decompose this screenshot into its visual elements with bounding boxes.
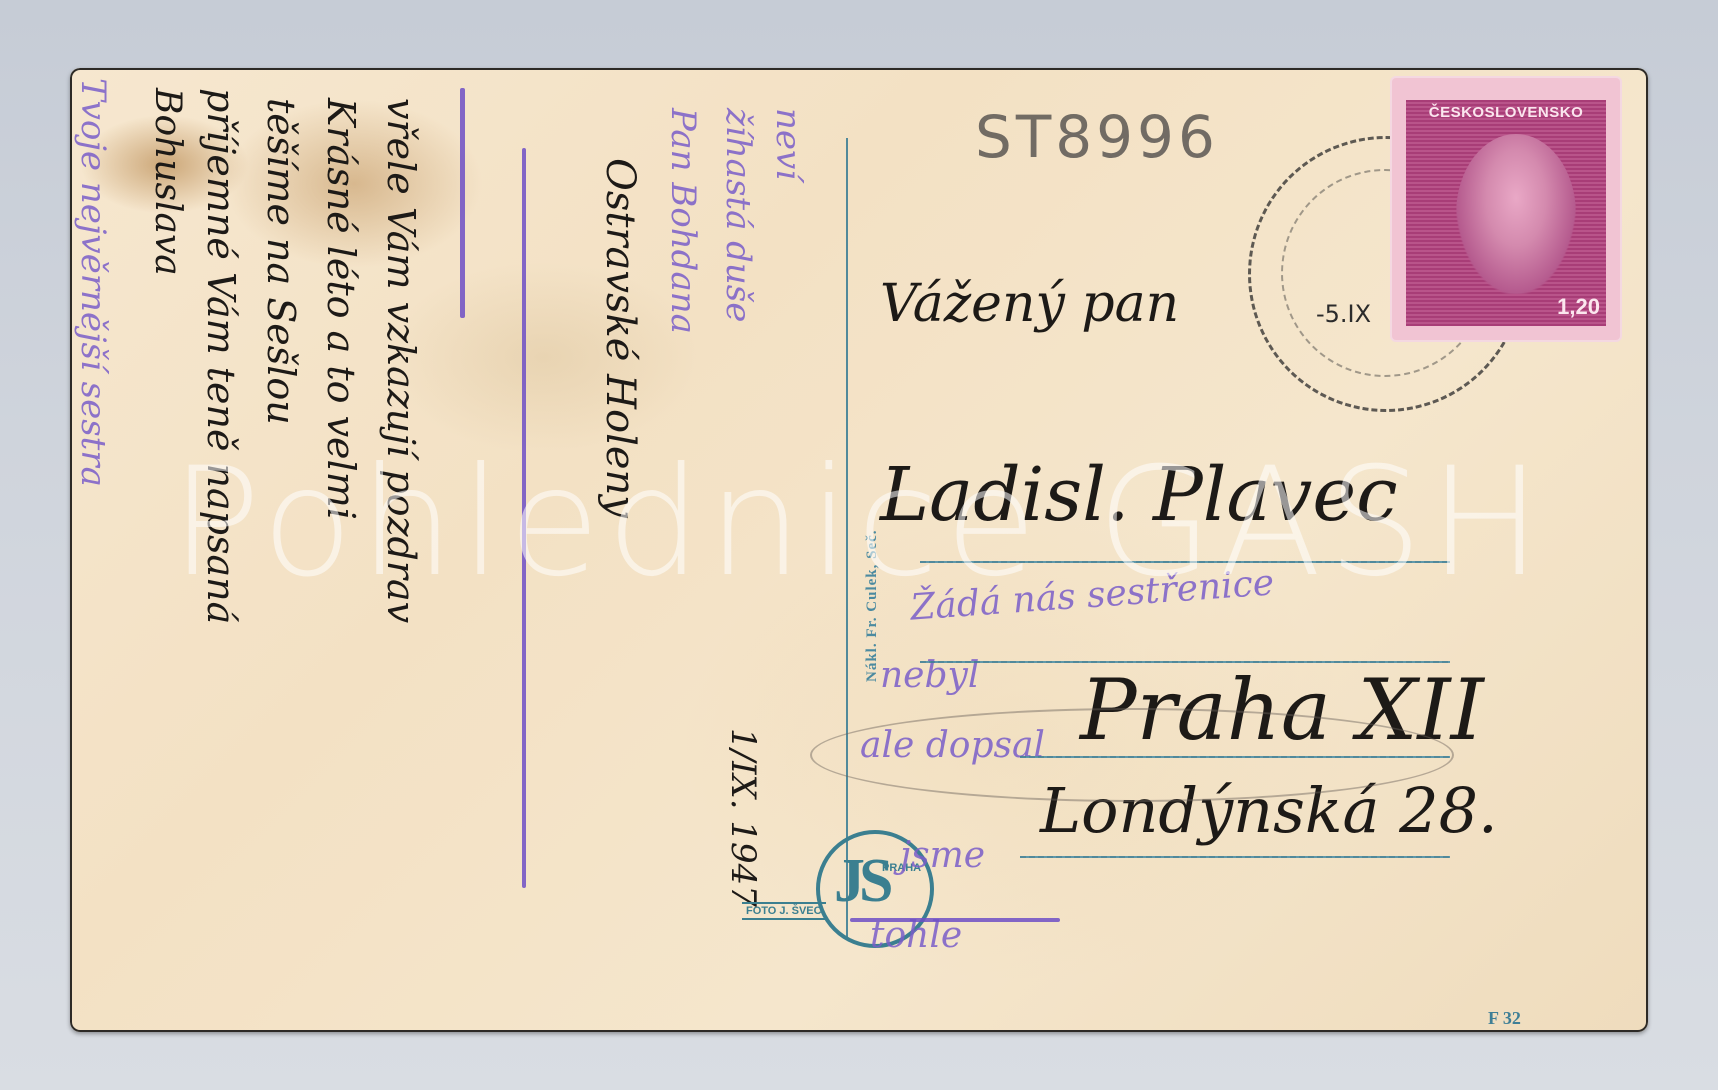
message-line-4: těšíme na Sešlou [262,98,300,425]
message-margin-violet: Tvoje nejvěrnější sestra [76,78,110,487]
address-name: Ladisl. Plavec [880,458,1398,532]
message-violet-column-2: žíhastá duše [721,108,755,322]
message-date: 1/IX. 1947 [726,728,760,907]
stamp-portrait [1456,134,1576,294]
address-line-1 [920,561,1450,563]
message-line-6: Bohuslava [149,88,185,276]
message-line-3: Krásné léto a to velmi [322,98,360,520]
message-line-2: vřele Vám vzkazují pozdrav [382,98,420,623]
postmark-date: -5.IX [1316,300,1371,328]
message-violet-column-3: neví [771,108,805,180]
pencil-swash [810,708,1454,802]
violet-note-2: nebyl [880,658,979,694]
address-line-4 [1020,856,1450,858]
catalog-number: ST8996 [975,108,1219,166]
stamp-value: 1,20 [1557,294,1600,320]
center-divider [846,138,848,938]
print-code: F 32 [1488,1008,1521,1029]
logo-monogram: JS [834,846,887,917]
address-salutation: Vážený pan [880,278,1179,330]
publisher-imprint: Nákl. Fr. Culek, Seč. [864,529,881,682]
stamp-country: ČESKOSLOVENSKO [1406,104,1606,121]
photo-credit: FOTO J. ŠVEC [742,902,826,920]
postage-stamp: ČESKOSLOVENSKO 1,20 [1392,78,1620,340]
postcard-back: Tvoje nejvěrnější sestra Bohuslava příje… [70,68,1648,1032]
message-line-5: příjemné Vám teně napsaná [202,88,240,624]
violet-pen-stroke-long [522,148,526,888]
violet-underline [850,918,1060,922]
violet-note-4: jsme [900,838,985,874]
message-line-1: Ostravské Holeny [600,158,640,518]
violet-note-5: tohle [870,918,962,954]
violet-pen-stroke [460,88,465,318]
violet-note-1: Žádá nás sestřenice [909,565,1275,626]
message-violet-column-1: Pan Bohdana [666,108,700,334]
